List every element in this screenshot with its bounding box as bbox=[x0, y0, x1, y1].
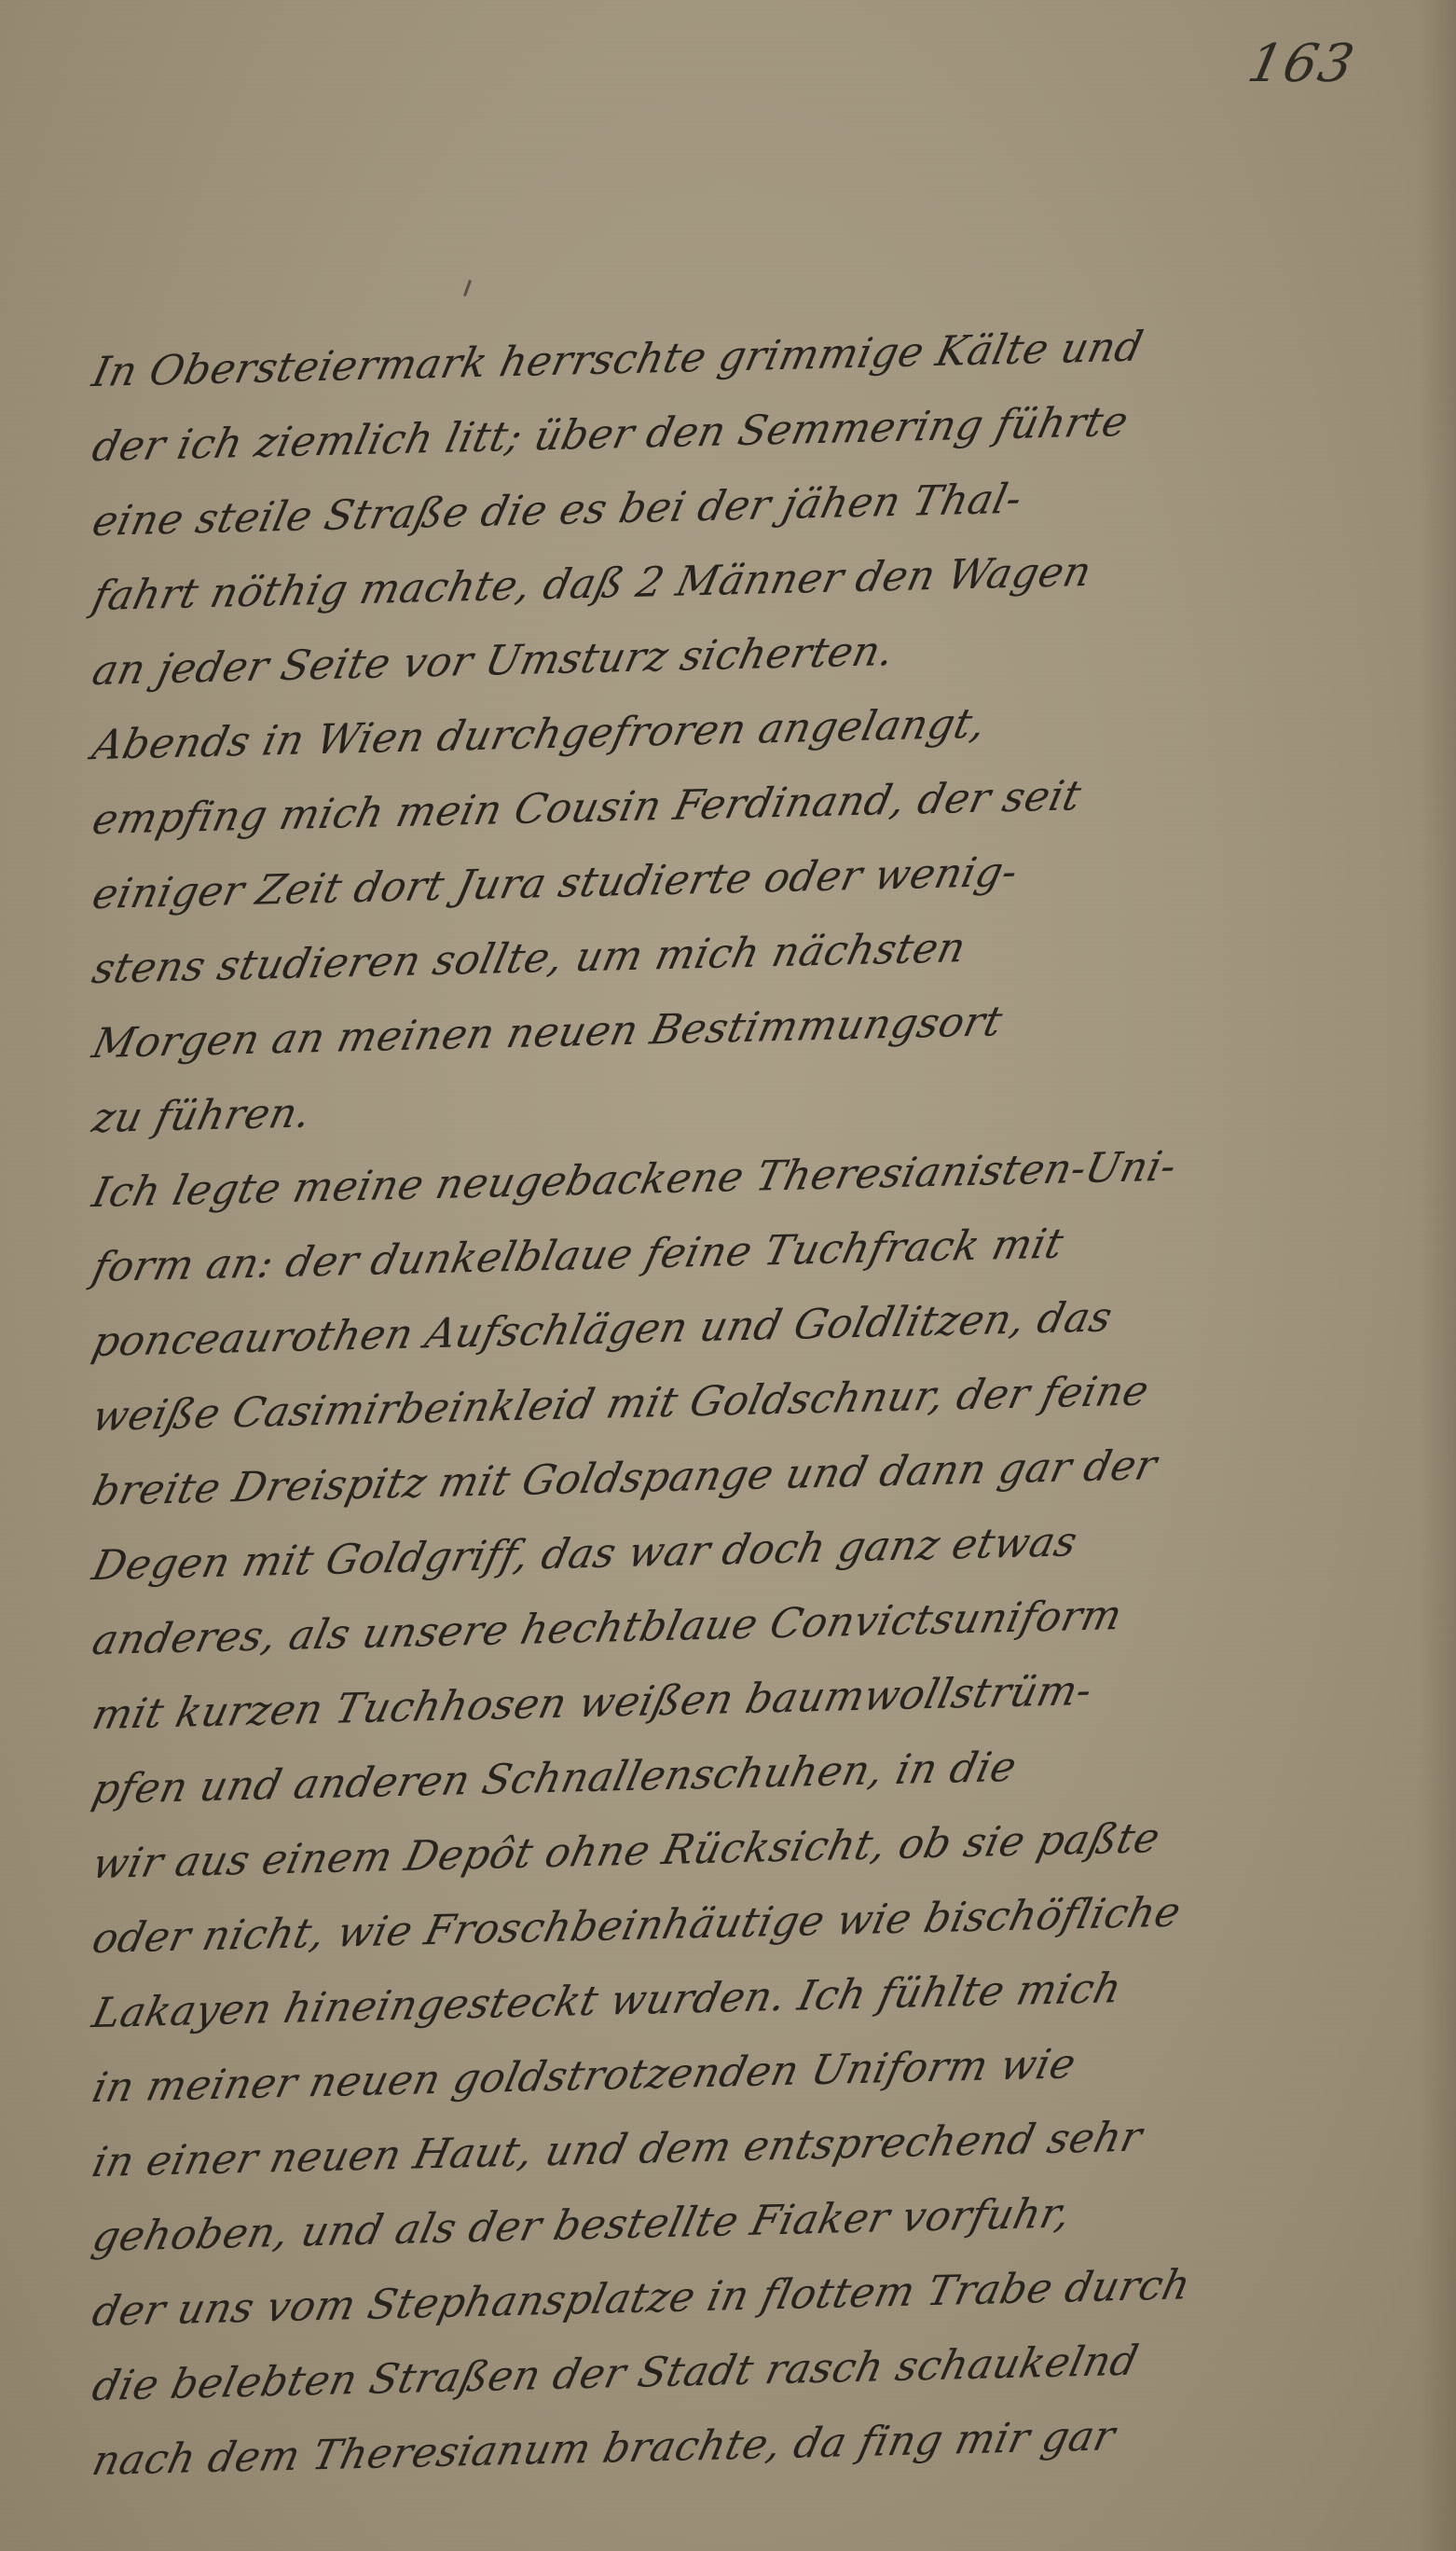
page-edge-shadow bbox=[1419, 0, 1456, 2551]
handwritten-text-block: In Obersteiermark herrschte grimmige Käl… bbox=[93, 336, 1342, 2499]
page-number: 163 bbox=[1243, 34, 1361, 94]
manuscript-page: 163 In Obersteiermark herrschte grimmige… bbox=[0, 0, 1456, 2551]
ink-mark bbox=[463, 280, 472, 296]
